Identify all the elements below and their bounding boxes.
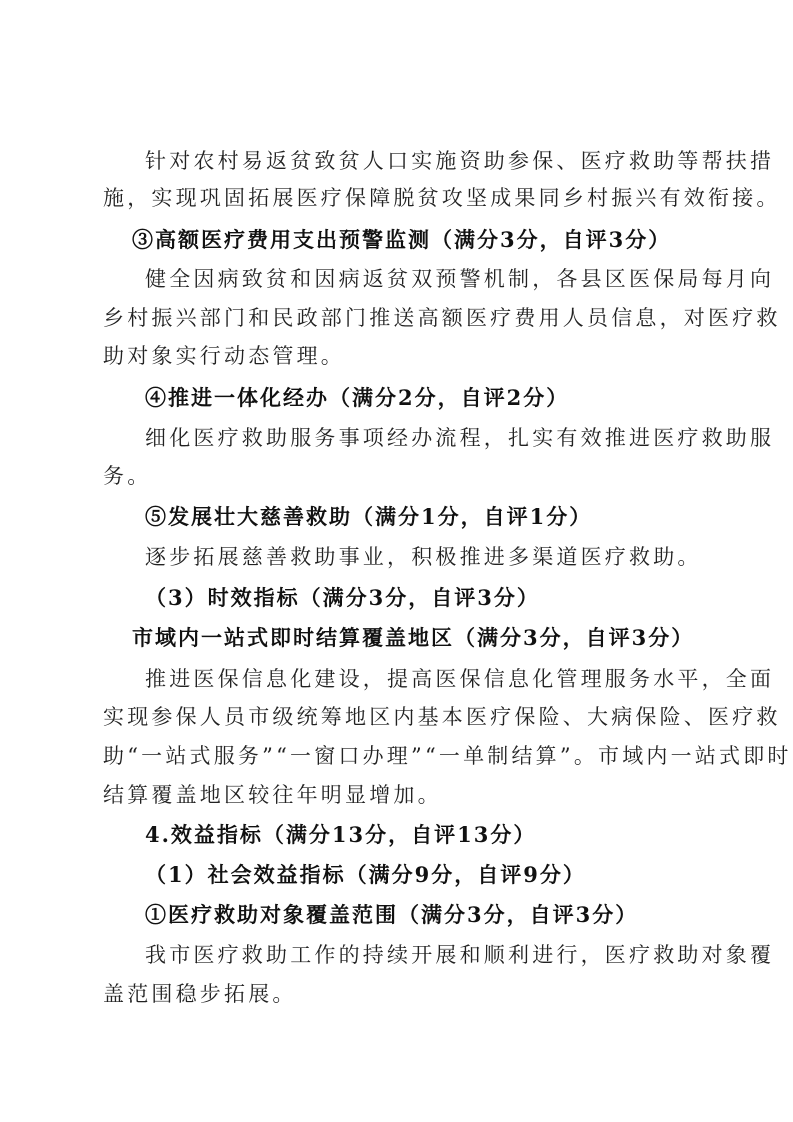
section-heading: （1）社会效益指标（满分9分，自评9分） <box>145 860 745 890</box>
body-paragraph-line: 助“一站式服务”“一窗口办理”“一单制结算”。市域内一站式即时 <box>103 741 703 771</box>
section-heading: ③高额医疗费用支出预警监测（满分3分，自评3分） <box>132 225 732 255</box>
section-heading: 4.效益指标（满分13分，自评13分） <box>145 820 745 850</box>
section-heading: （3）时效指标（满分3分，自评3分） <box>145 583 745 613</box>
section-heading: ①医疗救助对象覆盖范围（满分3分，自评3分） <box>145 900 745 930</box>
section-heading: ⑤发展壮大慈善救助（满分1分，自评1分） <box>145 502 745 532</box>
body-paragraph-line: 盖范围稳步拓展。 <box>103 979 703 1009</box>
body-paragraph-line: 实现参保人员市级统筹地区内基本医疗保险、大病保险、医疗救 <box>103 702 703 732</box>
body-paragraph-line: 健全因病致贫和因病返贫双预警机制，各县区医保局每月向 <box>145 264 745 294</box>
section-heading: ④推进一体化经办（满分2分，自评2分） <box>145 383 745 413</box>
document-page: 针对农村易返贫致贫人口实施资助参保、医疗救助等帮扶措 施，实现巩固拓展医疗保障脱… <box>0 0 793 1122</box>
body-paragraph-line: 细化医疗救助服务事项经办流程，扎实有效推进医疗救助服 <box>145 423 745 453</box>
body-paragraph-line: 推进医保信息化建设，提高医保信息化管理服务水平，全面 <box>145 664 745 694</box>
section-heading: 市域内一站式即时结算覆盖地区（满分3分，自评3分） <box>132 623 732 653</box>
body-paragraph-line: 逐步拓展慈善救助事业，积极推进多渠道医疗救助。 <box>145 542 745 572</box>
body-paragraph-line: 我市医疗救助工作的持续开展和顺利进行，医疗救助对象覆 <box>145 940 745 970</box>
body-paragraph-line: 结算覆盖地区较往年明显增加。 <box>103 780 703 810</box>
body-paragraph-line: 针对农村易返贫致贫人口实施资助参保、医疗救助等帮扶措 <box>145 146 745 176</box>
body-paragraph-line: 施，实现巩固拓展医疗保障脱贫攻坚成果同乡村振兴有效衔接。 <box>103 183 703 213</box>
body-paragraph-line: 乡村振兴部门和民政部门推送高额医疗费用人员信息，对医疗救 <box>103 303 703 333</box>
body-paragraph-line: 务。 <box>103 461 703 491</box>
body-paragraph-line: 助对象实行动态管理。 <box>103 341 703 371</box>
